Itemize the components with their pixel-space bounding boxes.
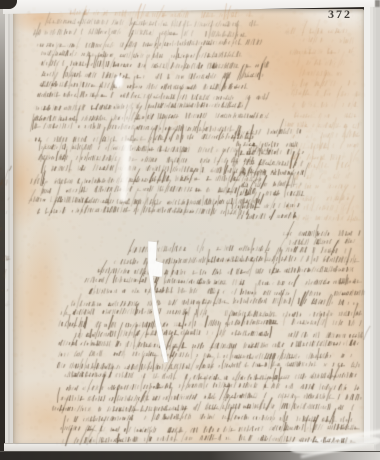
page-stack-left-edge [5, 6, 13, 448]
page-number: 372 [328, 7, 352, 22]
manuscript-page [13, 9, 364, 444]
scan-corner-top-right [375, 0, 380, 7]
page-stack-right-edge [364, 3, 380, 452]
paper-speck [114, 75, 123, 88]
scanned-page: 372 [0, 0, 380, 460]
paper-tear-streak [138, 238, 178, 368]
